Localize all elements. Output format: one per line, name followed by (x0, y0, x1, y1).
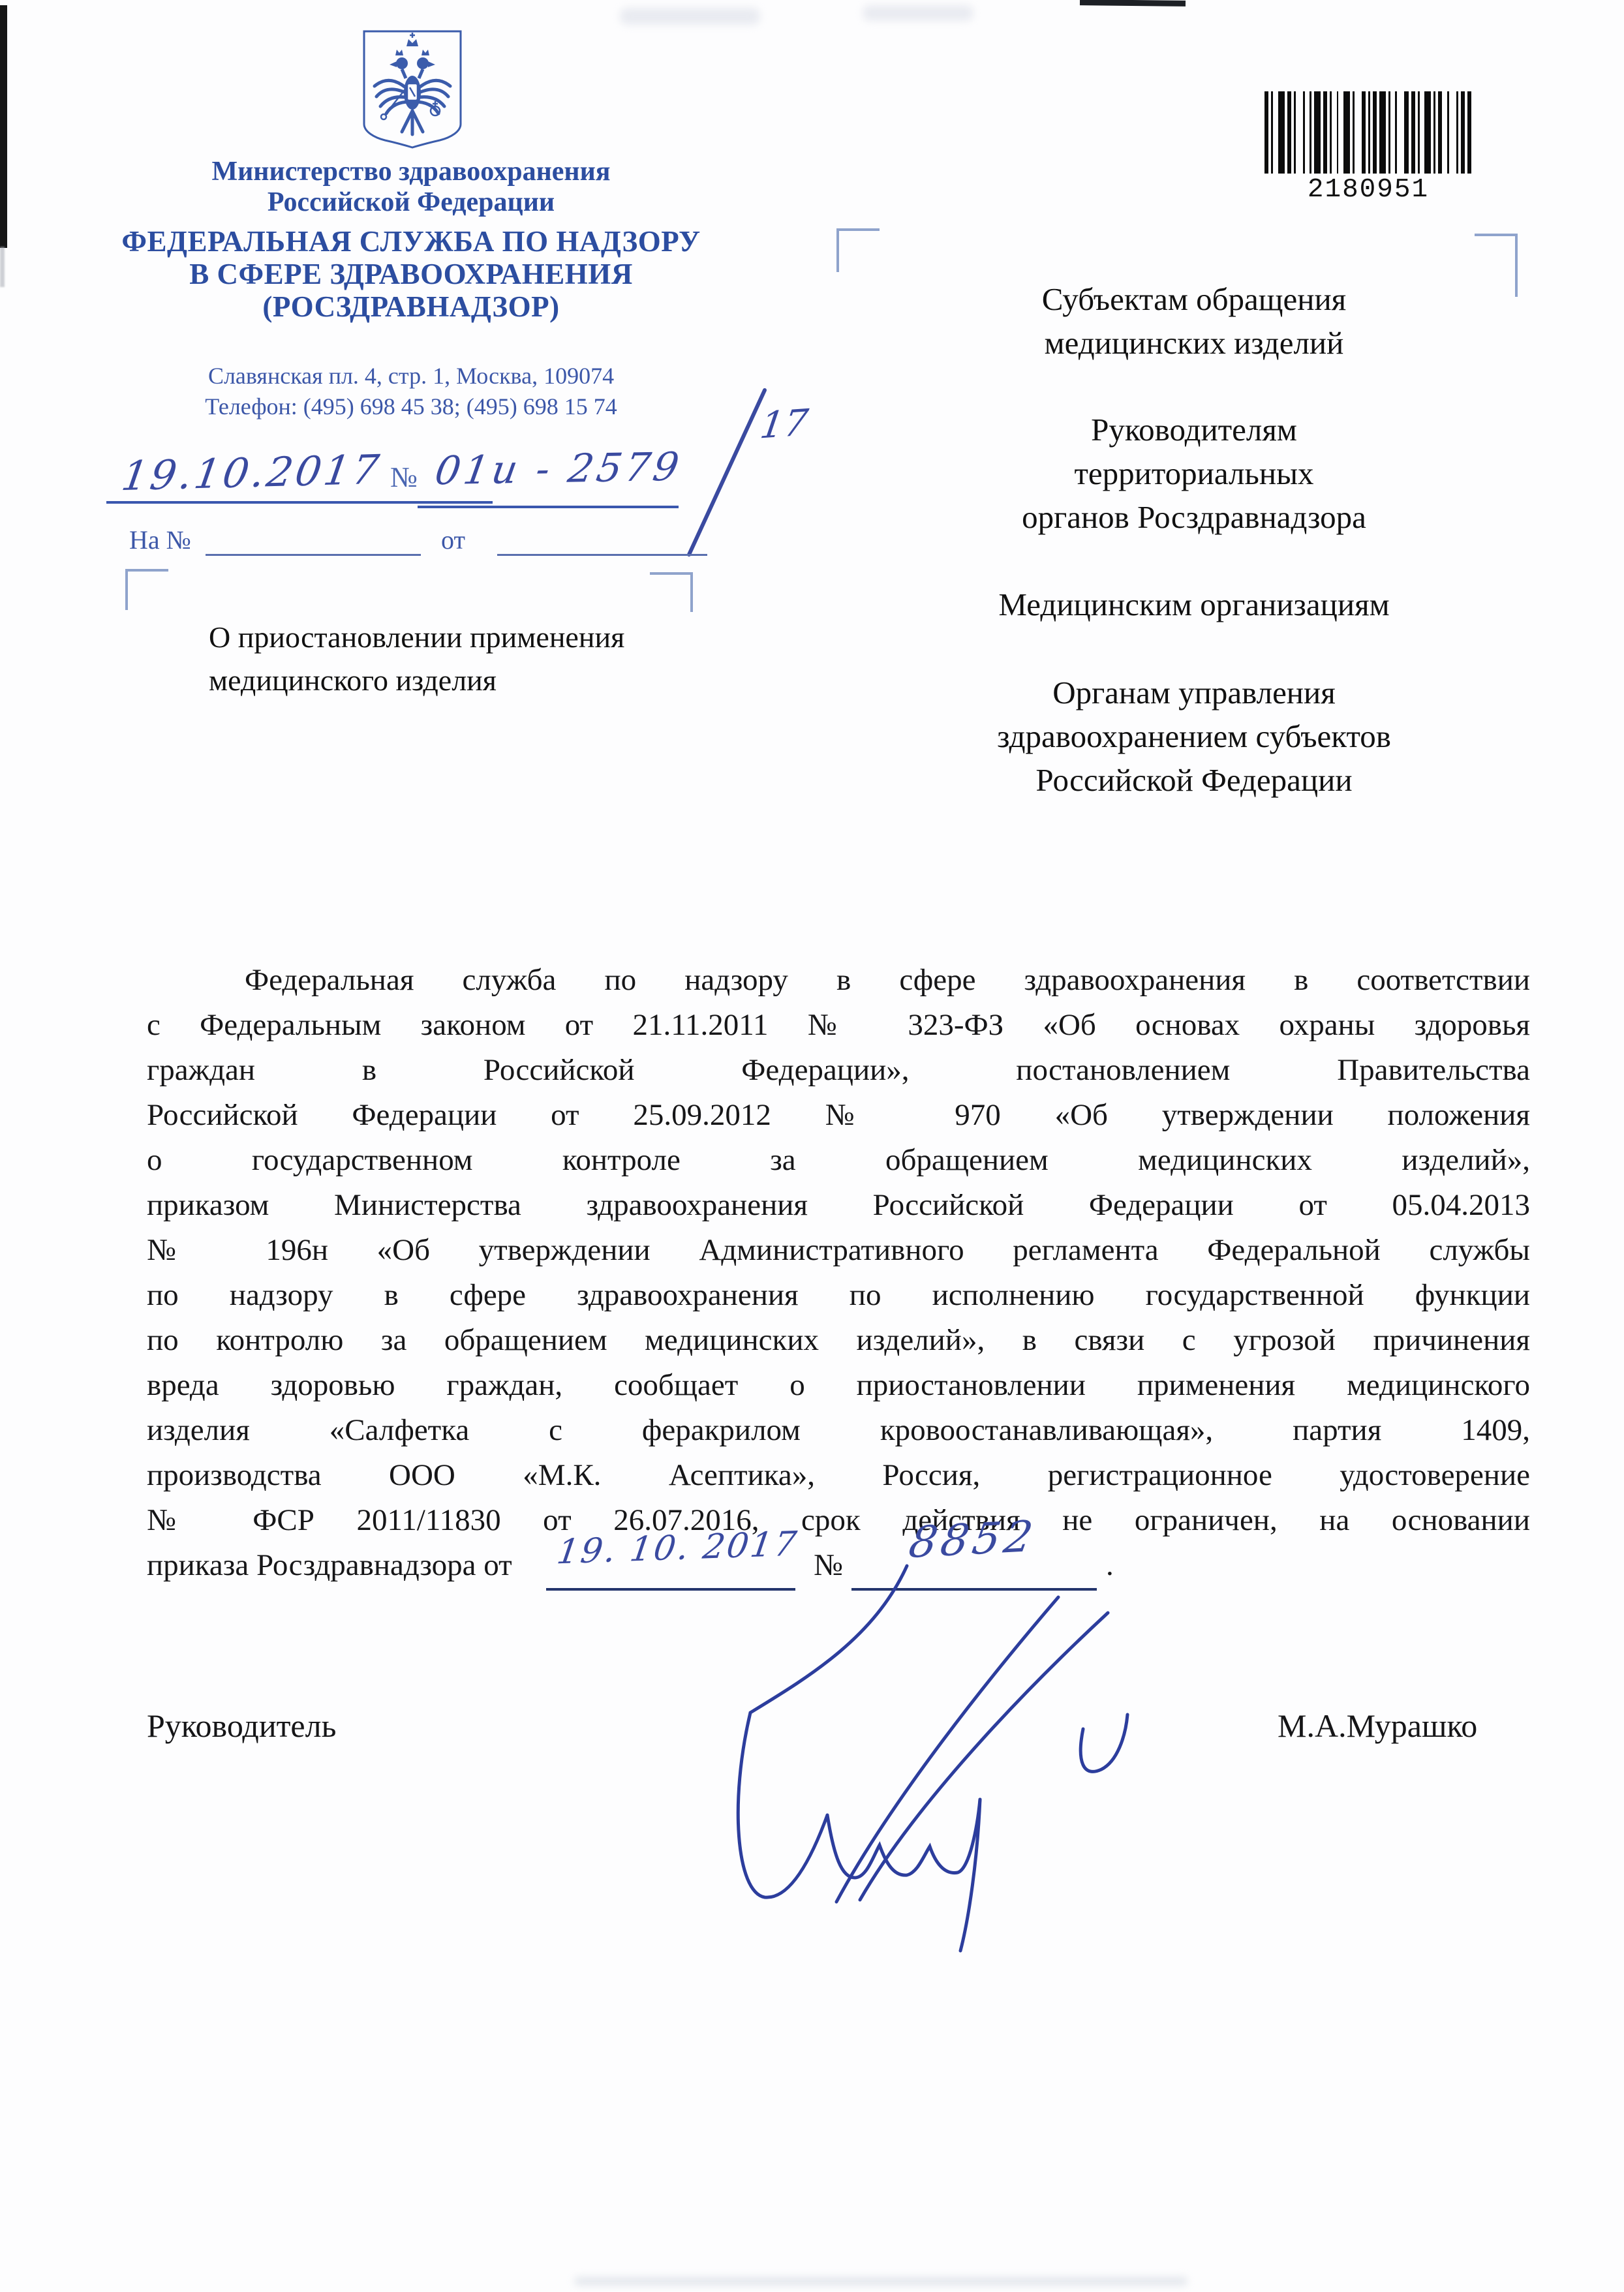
addressee-line: Субъектам обращения (868, 277, 1520, 321)
barcode-bar (1362, 91, 1366, 174)
addressee-line: Органам управления (868, 671, 1520, 714)
body-line: Российской Федерации от 25.09.2012 № 970… (147, 1093, 1530, 1138)
body-line: по надзору в сфере здравоохранения по ис… (147, 1273, 1530, 1318)
barcode-bar (1294, 91, 1296, 174)
subject-corner-mark-right (690, 572, 693, 612)
barcode-bar (1424, 91, 1431, 174)
scan-smudge (863, 5, 973, 21)
addressee-line: территориальных (868, 451, 1520, 495)
subject-corner-mark-right (650, 572, 693, 575)
scanned-letter-page: Министерство здравоохранения Российской … (0, 0, 1624, 2292)
letter-body: Федеральная служба по надзору в сфере зд… (147, 958, 1530, 1602)
body-line: изделия «Салфетка с феракрилом кровооста… (147, 1408, 1530, 1453)
barcode-bar (1353, 91, 1355, 174)
barcode-bar (1395, 91, 1397, 174)
barcode-bar (1343, 91, 1350, 174)
body-line: вреда здоровью граждан, сообщает о приос… (147, 1363, 1530, 1408)
barcode-bar (1404, 91, 1408, 174)
body-line: № 196н «Об утверждении Административного… (147, 1228, 1530, 1273)
body-line: с Федеральным законом от 21.11.2011 № 32… (147, 1003, 1530, 1048)
reply-from-label: от (441, 525, 465, 555)
barcode-bar (1271, 91, 1273, 174)
phone-numbers: Телефон: (495) 698 45 38; (495) 698 15 7… (98, 391, 724, 422)
barcode-bar (1287, 91, 1291, 174)
ministry-name-line1: Министерство здравоохранения (98, 157, 724, 187)
addressee-group: Руководителямтерриториальныхорганов Росз… (868, 408, 1520, 539)
body-line: Федеральная служба по надзору в сфере зд… (147, 958, 1530, 1003)
addressee-line: медицинских изделий (868, 321, 1520, 365)
subject-line1: О приостановлении применения (209, 616, 796, 659)
scan-edge-artifact (0, 5, 7, 248)
service-name-line1: ФЕДЕРАЛЬНАЯ СЛУЖБА ПО НАДЗОРУ (98, 225, 724, 258)
barcode-bar (1310, 91, 1311, 174)
barcode-bar (1314, 91, 1321, 174)
number-underline (418, 506, 679, 508)
scan-top-streak-artifact (1080, 0, 1186, 7)
scan-edge-artifact-tail (0, 247, 5, 287)
handwritten-signature-icon (685, 1553, 1181, 1964)
addressee-line: здравоохранением субъектов (868, 714, 1520, 758)
postal-address: Славянская пл. 4, стр. 1, Москва, 109074 (98, 361, 724, 391)
addressee-line: Медицинским организациям (868, 583, 1520, 626)
scan-smudge (574, 2277, 1187, 2285)
date-underline (106, 501, 493, 504)
addressee-corner-mark-left (836, 228, 880, 231)
body-line: о государственном контроле за обращением… (147, 1138, 1530, 1183)
service-name-line2: В СФЕРЕ ЗДРАВООХРАНЕНИЯ (98, 258, 724, 290)
barcode-bar (1438, 91, 1442, 174)
barcode-bar (1467, 91, 1471, 174)
addressee-group: Органам управленияздравоохранением субъе… (868, 671, 1520, 802)
subject-corner-mark-left (125, 569, 128, 610)
reply-number-underline (206, 554, 421, 556)
service-name-line3: (РОСЗДРАВНАДЗОР) (98, 290, 724, 323)
addressee-group: Медицинским организациям (868, 583, 1520, 626)
body-line: граждан в Российской Федерации», постано… (147, 1048, 1530, 1093)
barcode-bar (1278, 91, 1285, 174)
body-line: производства ООО «М.К. Асептика», Россия… (147, 1453, 1530, 1498)
barcode-bar (1456, 91, 1458, 174)
reply-date-underline (497, 554, 707, 556)
subject-corner-mark-left (125, 569, 168, 572)
barcode-bar (1368, 91, 1370, 174)
barcode-bar (1461, 91, 1465, 174)
signer-name: М.А.Мурашко (1278, 1707, 1477, 1745)
barcode-bar (1388, 91, 1390, 174)
letterhead: Министерство здравоохранения Российской … (98, 157, 724, 422)
body-line: приказом Министерства здравоохранения Ро… (147, 1183, 1530, 1228)
barcode-bar (1373, 91, 1377, 174)
barcode-icon (1264, 91, 1472, 174)
barcode-bar (1337, 91, 1339, 174)
barcode-bar (1411, 91, 1415, 174)
subject-block: О приостановлении применения медицинског… (209, 616, 796, 702)
handwritten-outgoing-date: 19.10.2017 (119, 446, 385, 500)
addressee-corner-mark-right (1475, 234, 1518, 236)
addressee-line: Руководителям (868, 408, 1520, 451)
body-line: по контролю за обращением медицинских из… (147, 1318, 1530, 1363)
number-sign: № (390, 461, 418, 494)
barcode-number: 2180951 (1264, 175, 1472, 205)
addressee-corner-mark-left (836, 228, 839, 272)
barcode-bar (1330, 91, 1332, 174)
subject-line2: медицинского изделия (209, 659, 796, 702)
barcode-bar (1418, 91, 1420, 174)
barcode-bar (1323, 91, 1327, 174)
body-line: № ФСР 2011/11830 от 26.07.2016, срок дей… (147, 1498, 1530, 1543)
handwritten-outgoing-number: 01и - 2579 (432, 444, 685, 495)
barcode-bar (1447, 91, 1449, 174)
barcode-bar (1379, 91, 1386, 174)
barcode-bar (1433, 91, 1435, 174)
addressee-group: Субъектам обращениямедицинских изделий (868, 277, 1520, 365)
last-line-prefix: приказа Росздравнадзора от (147, 1543, 512, 1588)
handwritten-number-suffix: 17 (758, 402, 810, 448)
ministry-name-line2: Российской Федерации (98, 187, 724, 218)
reply-to-number-label: На № (129, 525, 191, 555)
barcode-bar (1264, 91, 1268, 174)
scan-smudge (620, 8, 760, 25)
addressee-line: Российской Федерации (868, 758, 1520, 802)
barcode-bar (1303, 91, 1305, 174)
addressee-line: органов Росздравнадзора (868, 495, 1520, 539)
signer-title: Руководитель (147, 1707, 336, 1745)
russian-coat-of-arms-icon (359, 27, 466, 149)
